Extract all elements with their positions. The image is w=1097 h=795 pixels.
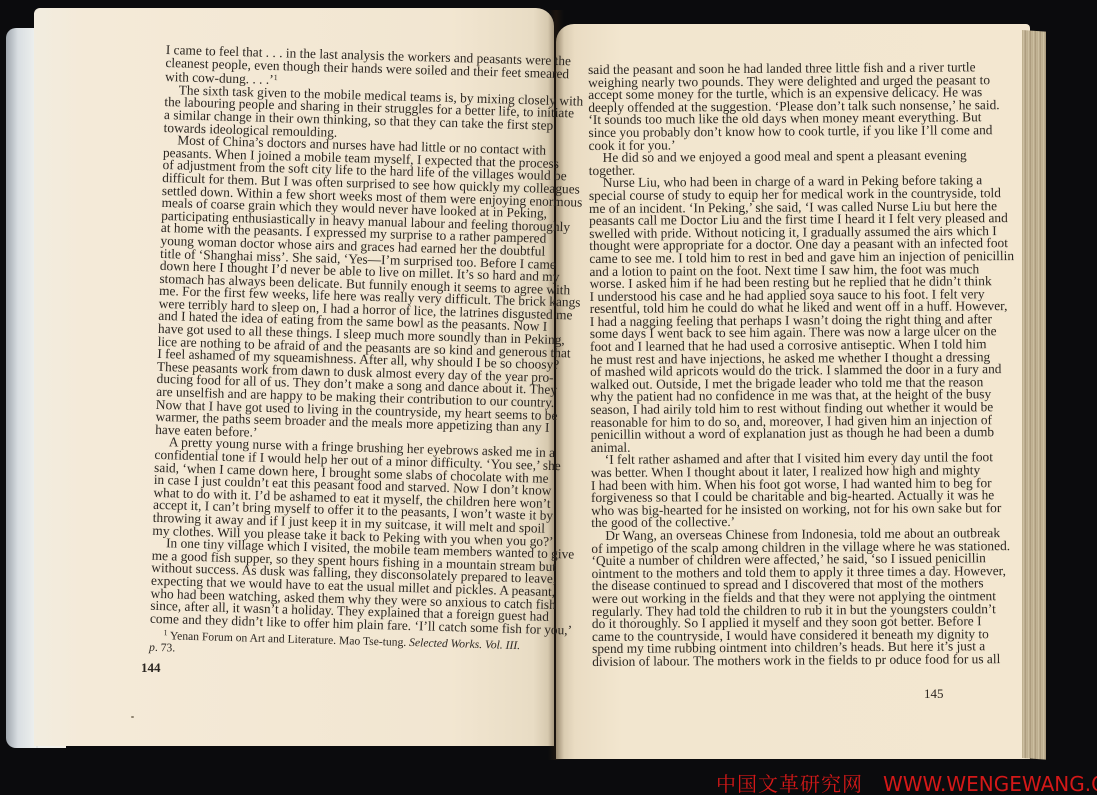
page-number-right: 145 — [924, 686, 944, 702]
left-page-text: I came to feel that . . . in the last an… — [149, 44, 536, 664]
right-page-edges — [1022, 30, 1046, 760]
watermark: 中国文革研究网WWW.WENGEWANG.ORG — [716, 768, 1097, 795]
right-page-text: said the peasant and soon he had landed … — [588, 61, 962, 668]
page-number-left: 144 — [141, 660, 161, 676]
watermark-chinese: 中国文革研究网 — [716, 772, 863, 795]
text-line: division of labour. The mothers work in … — [592, 653, 962, 668]
book-scan: I came to feel that . . . in the last an… — [0, 0, 1097, 795]
text-line: He did so and we enjoyed a good meal and… — [589, 150, 959, 165]
text-line: penicillin without a word of explanation… — [591, 427, 961, 442]
watermark-url: WWW.WENGEWANG.ORG — [883, 772, 1097, 795]
footnote-reference: 1 — [274, 73, 278, 82]
paper-speck — [131, 716, 134, 718]
